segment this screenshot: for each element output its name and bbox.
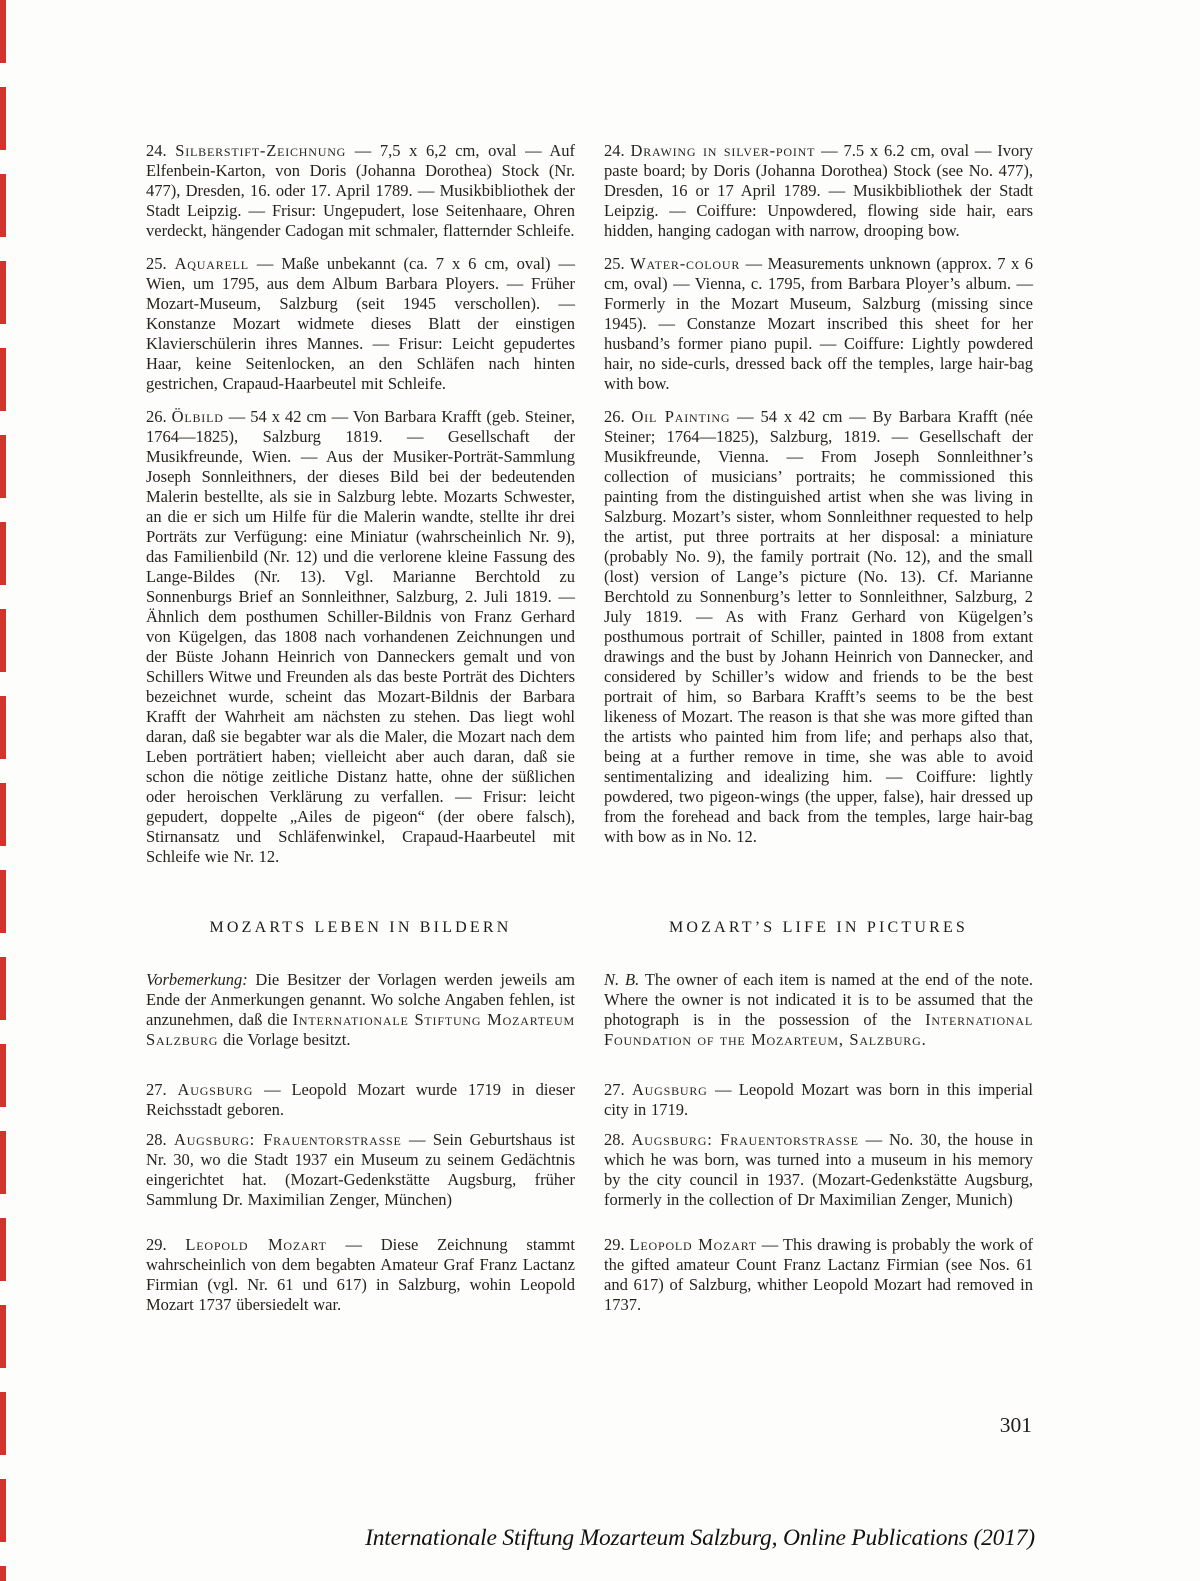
book-page: 24. Silberstift-Zeichnung — 7,5 x 6,2 cm… (0, 0, 1200, 1581)
entry-26-german: 26. Ölbild — 54 x 42 cm — Von Barbara Kr… (146, 407, 575, 867)
entry-28-german: 28. Augsburg: Frauentorstrasse — Sein Ge… (146, 1130, 575, 1210)
scan-edge-artifact (0, 0, 6, 1581)
entry-29-english: 29. Leopold Mozart — This drawing is pro… (604, 1235, 1033, 1315)
footer-credit: Internationale Stiftung Mozarteum Salzbu… (200, 1525, 1200, 1552)
catalog-content: 24. Silberstift-Zeichnung — 7,5 x 6,2 cm… (146, 141, 1033, 1328)
entry-25-english: 25. Water-colour — Measurements unknown … (604, 254, 1033, 394)
section-heading-german: MOZARTS LEBEN IN BILDERN (146, 919, 575, 937)
catalog-entry-28: 28. Augsburg: Frauentorstrasse — Sein Ge… (146, 1130, 1033, 1210)
preface-english: N. B. The owner of each item is named at… (604, 970, 1033, 1050)
catalog-entry-29: 29. Leopold Mozart — Diese Zeichnung sta… (146, 1235, 1033, 1315)
entry-28-english: 28. Augsburg: Frauentorstrasse — No. 30,… (604, 1130, 1033, 1210)
catalog-entry-26: 26. Ölbild — 54 x 42 cm — Von Barbara Kr… (146, 407, 1033, 867)
entry-27-german: 27. Augsburg — Leopold Mozart wurde 1719… (146, 1080, 575, 1120)
preface-row: Vorbemerkung: Die Besitzer der Vorlagen … (146, 970, 1033, 1050)
entry-24-german: 24. Silberstift-Zeichnung — 7,5 x 6,2 cm… (146, 141, 575, 241)
preface-german: Vorbemerkung: Die Besitzer der Vorlagen … (146, 970, 575, 1050)
page-number: 301 (932, 1413, 1032, 1438)
entry-25-german: 25. Aquarell — Maße unbekannt (ca. 7 x 6… (146, 254, 575, 394)
entry-29-german: 29. Leopold Mozart — Diese Zeichnung sta… (146, 1235, 575, 1315)
catalog-entry-25: 25. Aquarell — Maße unbekannt (ca. 7 x 6… (146, 254, 1033, 394)
section-heading-english: MOZART’S LIFE IN PICTURES (604, 919, 1033, 937)
entry-24-english: 24. Drawing in silver-point — 7.5 x 6.2 … (604, 141, 1033, 241)
entry-27-english: 27. Augsburg — Leopold Mozart was born i… (604, 1080, 1033, 1120)
catalog-entry-24: 24. Silberstift-Zeichnung — 7,5 x 6,2 cm… (146, 141, 1033, 241)
section-heading-row: MOZARTS LEBEN IN BILDERN MOZART’S LIFE I… (146, 919, 1033, 937)
entry-26-english: 26. Oil Painting — 54 x 42 cm — By Barba… (604, 407, 1033, 867)
catalog-entry-27: 27. Augsburg — Leopold Mozart wurde 1719… (146, 1080, 1033, 1120)
